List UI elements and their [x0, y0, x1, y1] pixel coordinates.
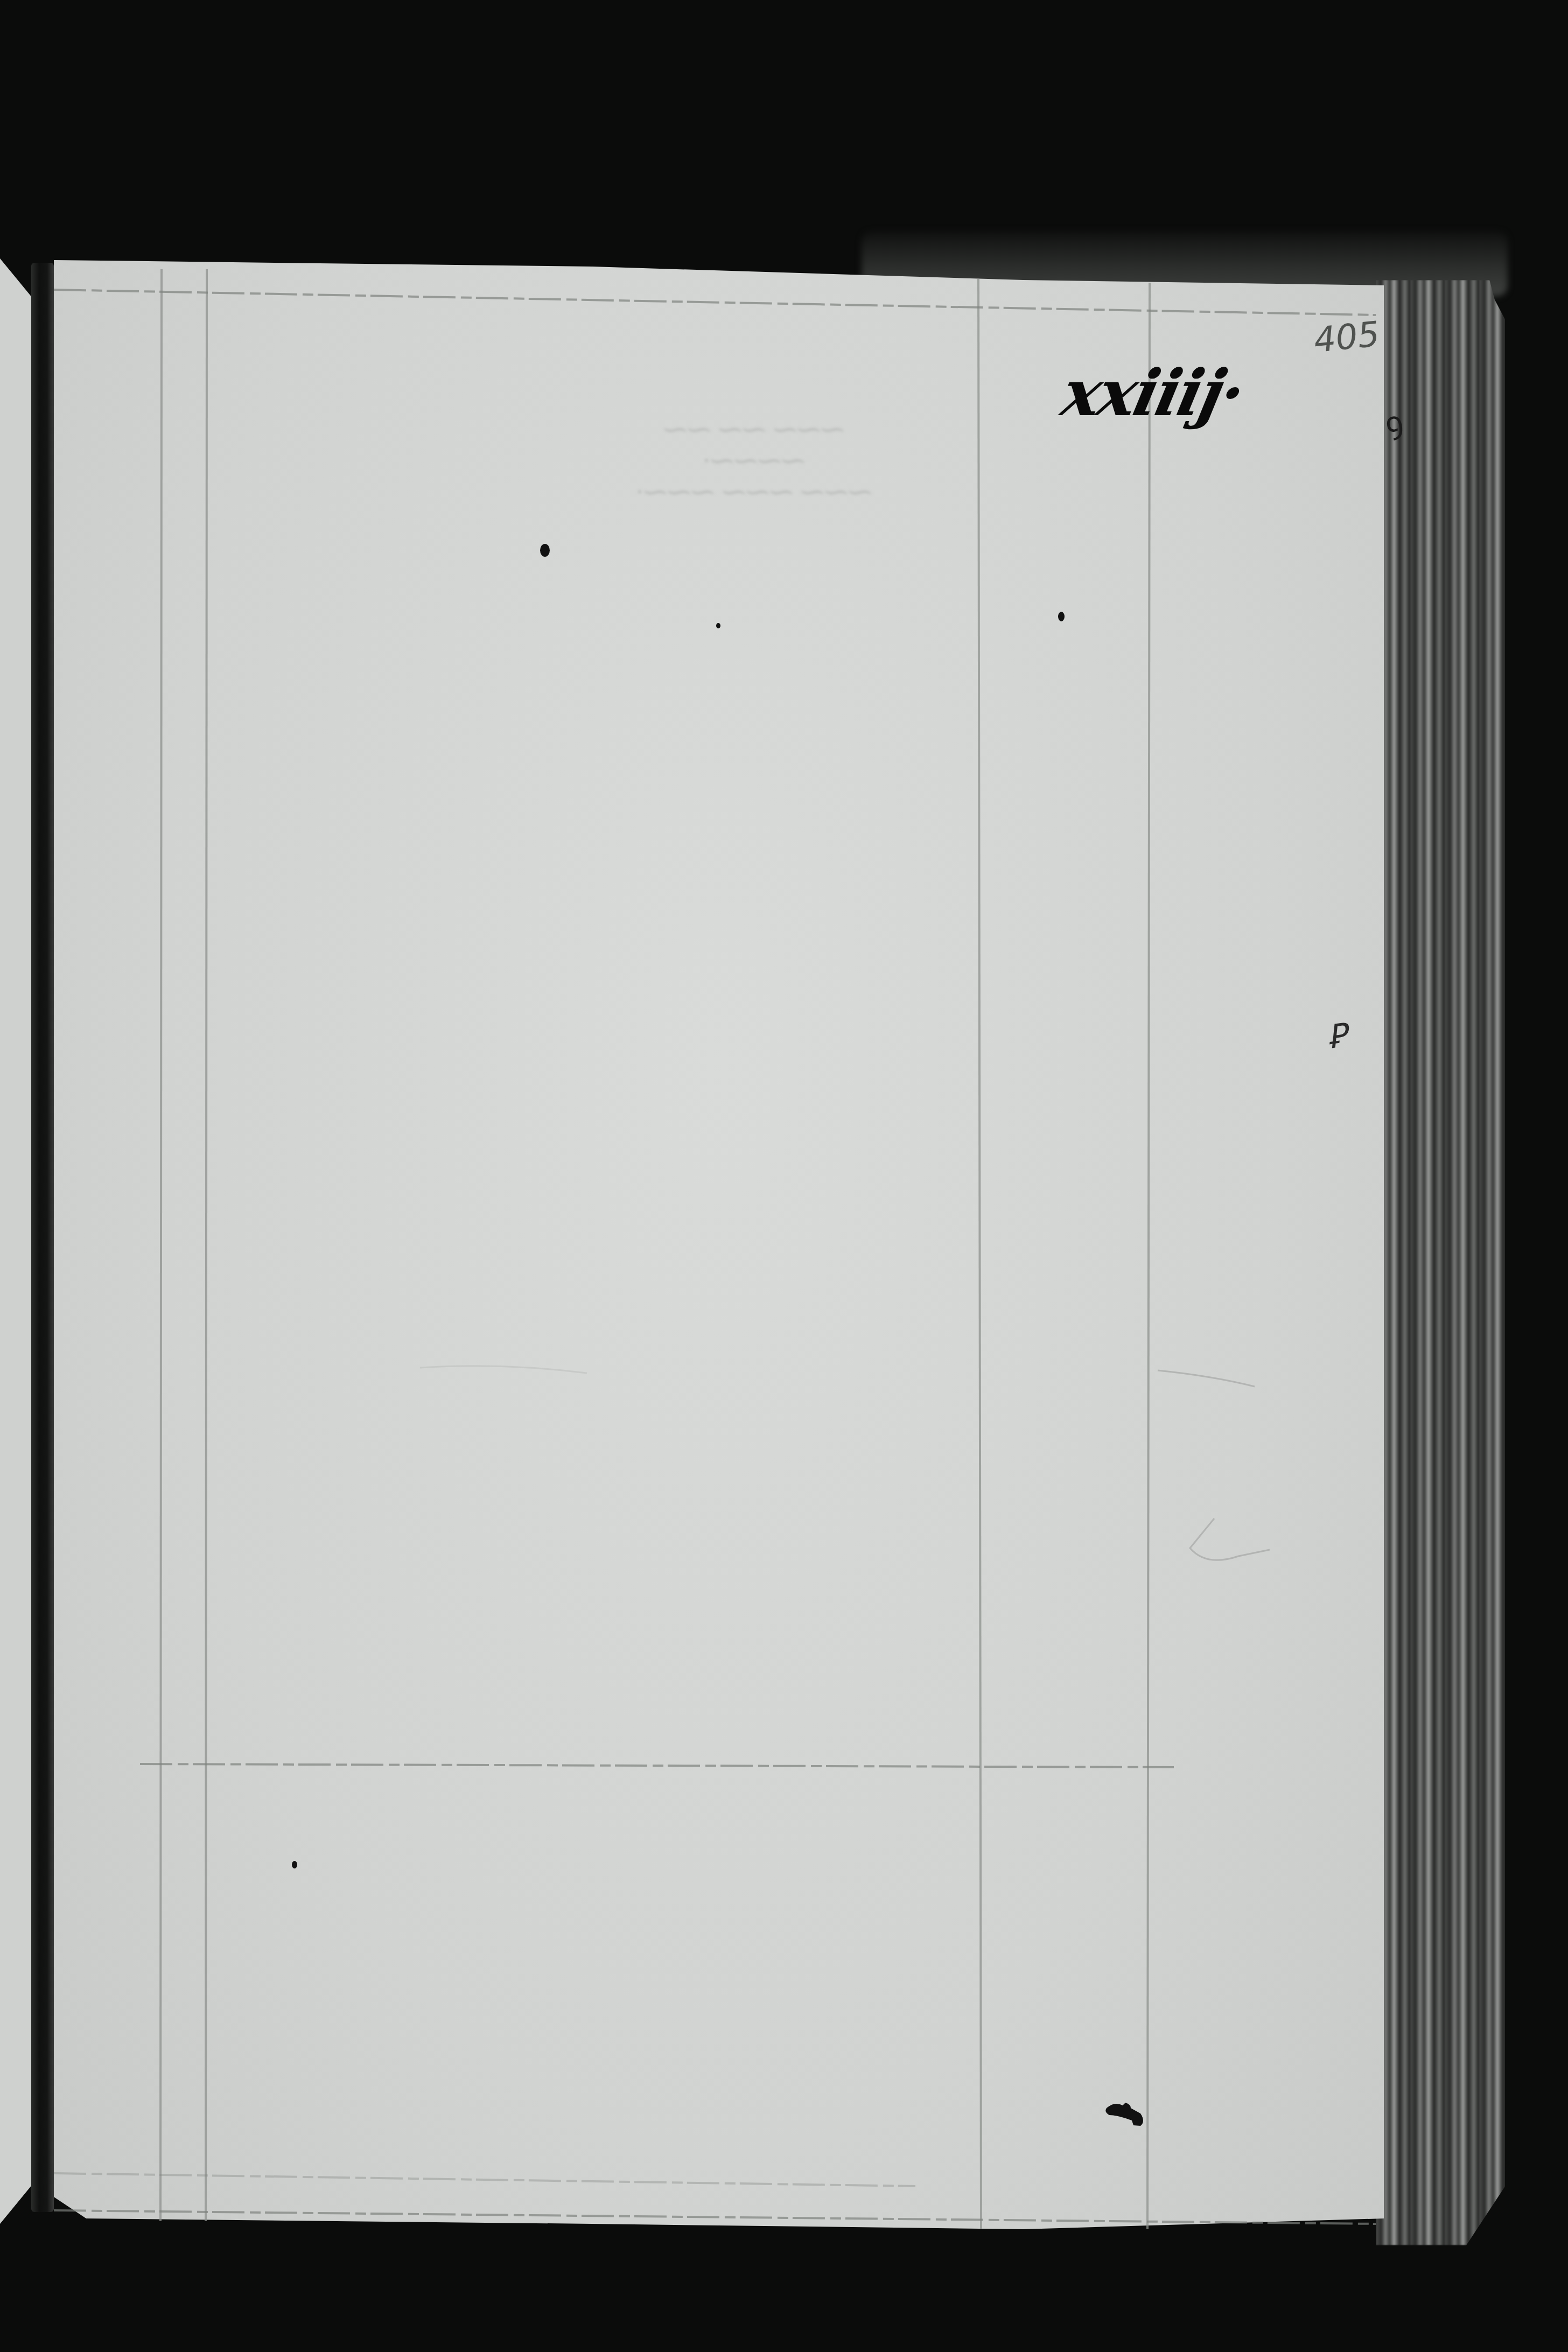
heading-roman-numeral: xxiiij· — [1055, 355, 1250, 430]
showthrough-line: ⁓⁓⁓ ⁓⁓ ⁓⁓ — [565, 415, 942, 446]
folio-number: 405 — [1312, 314, 1381, 361]
showthrough-line: ⁓⁓⁓ ⁓⁓⁓ ⁓⁓⁓· — [565, 477, 942, 508]
ink-spots — [292, 544, 1143, 2126]
ruling-vertical-left-inner — [206, 269, 207, 2221]
showthrough-line: ⁓⁓⁓⁓· — [565, 446, 942, 477]
showthrough-text: ⁓⁓⁓ ⁓⁓ ⁓⁓ ⁓⁓⁓⁓· ⁓⁓⁓ ⁓⁓⁓ ⁓⁓⁓· — [565, 415, 942, 508]
ink-blot-bottom — [1105, 2103, 1143, 2126]
ruling-bottom — [54, 2210, 1376, 2224]
ink-spot — [1058, 612, 1065, 621]
ruling-vertical-right — [1147, 283, 1150, 2229]
ruling-near-bottom — [54, 2173, 915, 2186]
stain-curve — [1190, 1518, 1270, 1560]
ruling-vertical-center — [978, 279, 981, 2229]
ink-spot — [716, 623, 720, 628]
ruling-top — [54, 290, 1376, 315]
manuscript-scene: ⁓⁓⁓ ⁓⁓ ⁓⁓ ⁓⁓⁓⁓· ⁓⁓⁓ ⁓⁓⁓ ⁓⁓⁓· xxiiij· 405… — [0, 0, 1568, 2352]
stain-streak — [1158, 1370, 1255, 1387]
ink-spot — [540, 544, 550, 557]
stain-arc — [420, 1366, 587, 1373]
ruling-lower — [140, 1764, 1174, 1767]
ruling-vertical-left-outer — [160, 269, 162, 2221]
ink-spot — [292, 1861, 297, 1868]
